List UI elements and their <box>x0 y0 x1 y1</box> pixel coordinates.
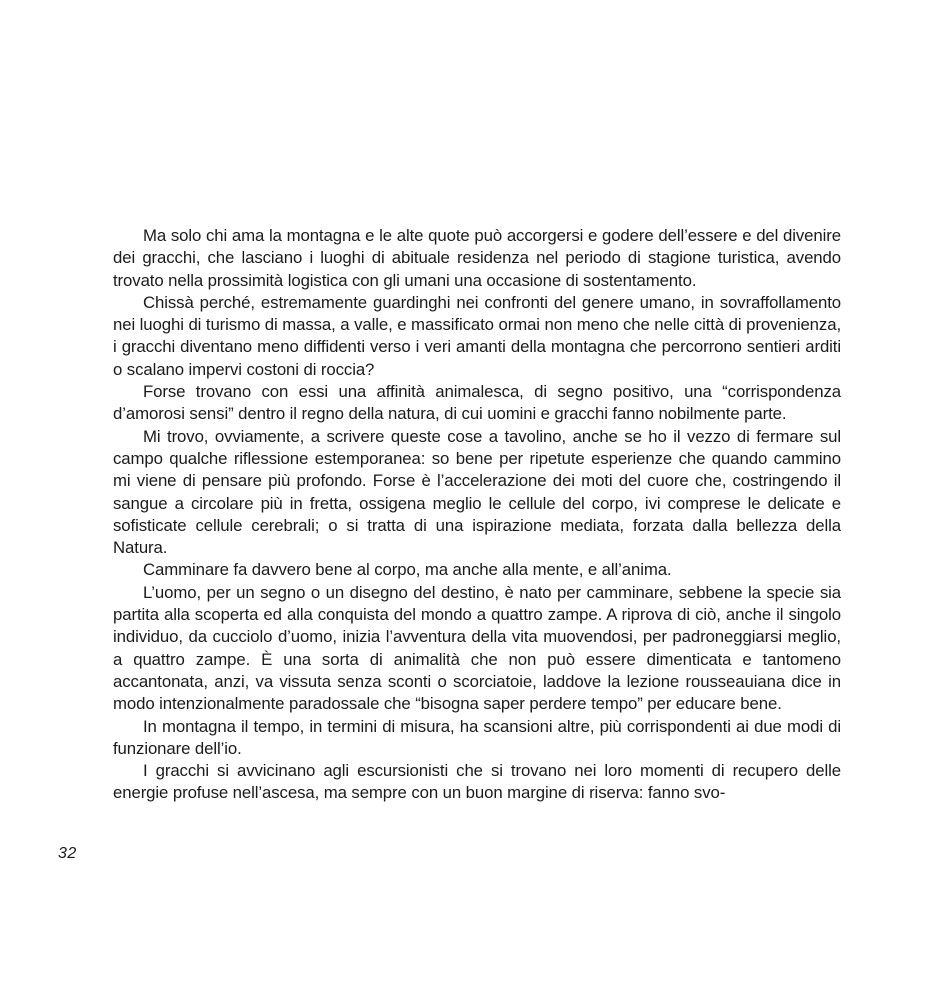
page-number: 32 <box>58 845 77 863</box>
paragraph: Chissà perché, estremamente guardinghi n… <box>113 292 841 381</box>
paragraph: Forse trovano con essi una affinità anim… <box>113 381 841 426</box>
paragraph: Mi trovo, ovviamente, a scrivere queste … <box>113 426 841 560</box>
paragraph: L’uomo, per un segno o un disegno del de… <box>113 582 841 716</box>
paragraph: I gracchi si avvicinano agli escursionis… <box>113 760 841 805</box>
paragraph: Ma solo chi ama la montagna e le alte qu… <box>113 225 841 292</box>
paragraph: Camminare fa davvero bene al corpo, ma a… <box>113 559 841 581</box>
book-page: Ma solo chi ama la montagna e le alte qu… <box>0 0 942 1000</box>
paragraph: In montagna il tempo, in termini di misu… <box>113 716 841 761</box>
body-text: Ma solo chi ama la montagna e le alte qu… <box>113 225 841 805</box>
